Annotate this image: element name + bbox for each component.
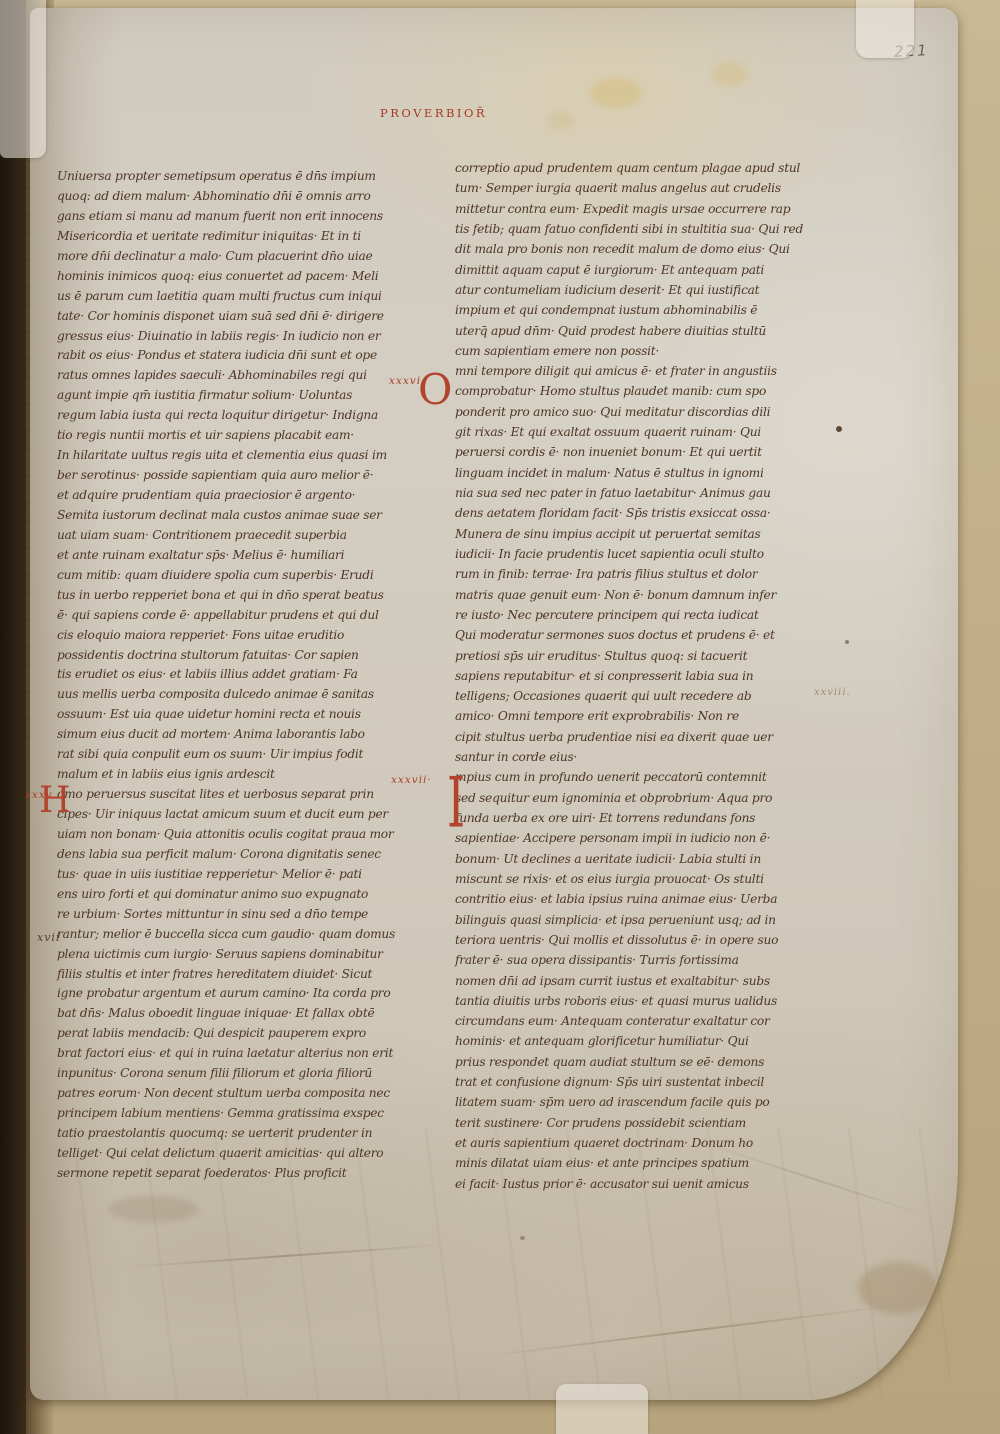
manuscript-line: nia sua sed nec pater in fatuo laetabitu… xyxy=(455,486,797,506)
manuscript-line: re urbium· Sortes mittuntur in sinu sed … xyxy=(57,907,399,927)
manuscript-line: terit sustinere· Cor prudens possidebit … xyxy=(455,1116,797,1136)
manuscript-line: bilinguis quasi simplicia· et ipsa perue… xyxy=(455,913,797,933)
manuscript-line: uterq̄ apud dn̄m· Quid prodest habere di… xyxy=(455,324,797,344)
manuscript-line: ossuum· Est uia quae uidetur homini rect… xyxy=(57,707,399,727)
manuscript-line: principem labium mentiens· Gemma gratiss… xyxy=(57,1106,399,1126)
manuscript-line: perat labiis mendacib: Qui despicit paup… xyxy=(57,1026,399,1046)
manuscript-line: rum in finib: terrae· Ira patris filius … xyxy=(455,567,797,587)
chapter-numeral-xvii: xvii xyxy=(37,931,60,944)
manuscript-line: trat et confusione dignum· Sp̄s uiri sus… xyxy=(455,1075,797,1095)
manuscript-line: et adquire prudentiam quia praeciosior ē… xyxy=(57,488,399,508)
manuscript-line: tis erudiet os eius· et labiis illius ad… xyxy=(57,667,399,687)
manuscript-line: dimittit aquam caput ē iurgiorum· Et ant… xyxy=(455,263,797,283)
manuscript-line: matris quae genuit eum· Non ē· bonum dam… xyxy=(455,588,797,608)
manuscript-line: litatem suam· sp̄m uero ad irascendum fa… xyxy=(455,1095,797,1115)
drop-cap-o: O xyxy=(418,369,452,411)
manuscript-line: Qui moderatur sermones suos doctus et pr… xyxy=(455,628,797,648)
manuscript-line: sapientiae· Accipere personam impii in i… xyxy=(455,831,797,851)
manuscript-line: prius respondet quam audiat stultum se e… xyxy=(455,1055,797,1075)
manuscript-line: cum sapientiam emere non possit· xyxy=(455,344,797,364)
manuscript-line: cum mitib: quam diuidere spolia cum supe… xyxy=(57,568,399,588)
manuscript-line: In hilaritate uultus regis uita et cleme… xyxy=(57,448,399,468)
manuscript-line: comprobatur· Homo stultus plaudet manib:… xyxy=(455,384,797,404)
manuscript-line: mpius cum in profundo uenerit peccatorū … xyxy=(455,770,797,790)
manuscript-line: iudicii· In facie prudentis lucet sapien… xyxy=(455,547,797,567)
manuscript-line: ē· qui sapiens corde ē· appellabitur pru… xyxy=(57,608,399,628)
drop-cap-h: H xyxy=(39,783,70,819)
manuscript-line: mni tempore diligit qui amicus ē· et fra… xyxy=(455,364,797,384)
manuscript-line: git rixas· Et qui exaltat ossuum quaerit… xyxy=(455,425,797,445)
manuscript-line: frater ē· sua opera dissipantis· Turris … xyxy=(455,953,797,973)
manuscript-line: bat dn̄s· Malus oboedit linguae iniquae·… xyxy=(57,1006,399,1026)
manuscript-line: more dn̄i declinatur a malo· Cum placuer… xyxy=(57,249,399,269)
manuscript-line: tus· quae in uiis iustitiae repperietur·… xyxy=(57,867,399,887)
manuscript-line: rat sibi quia conpulit eum os suum· Uir … xyxy=(57,747,399,767)
chapter-numeral-xxxvii: xxxvii· xyxy=(391,774,432,786)
manuscript-line: contritio eius· et labia ipsius ruina an… xyxy=(455,892,797,912)
running-header: PROVERBIOR̄ xyxy=(380,106,487,120)
manuscript-line: uiam non bonam· Quia attonitis oculis co… xyxy=(57,827,399,847)
manuscript-line: ponderit pro amico suo· Qui meditatur di… xyxy=(455,405,797,425)
manuscript-line: rantur; melior ē buccella sicca cum gaud… xyxy=(57,927,399,947)
manuscript-line: sed sequitur eum ignominia et obprobrium… xyxy=(455,791,797,811)
manuscript-line: rabit os eius· Pondus et statera iudicia… xyxy=(57,348,399,368)
text-column-right: correptio apud prudentem quam centum pla… xyxy=(455,161,797,1197)
manuscript-line: patres eorum· Non decent stultum uerba c… xyxy=(57,1086,399,1106)
drop-cap-i: I xyxy=(447,768,465,837)
manuscript-line: teriora uentris· Qui mollis et dissolutu… xyxy=(455,933,797,953)
manuscript-line: tio regis nuntii mortis et uir sapiens p… xyxy=(57,428,399,448)
manuscript-line: telliget· Qui celat delictum quaerit ami… xyxy=(57,1146,399,1166)
manuscript-line: Uniuersa propter semetipsum operatus ē d… xyxy=(57,169,399,189)
manuscript-line: impium et qui condempnat iustum abhomina… xyxy=(455,303,797,323)
manuscript-line: Munera de sinu impius accipit ut peruert… xyxy=(455,527,797,547)
manuscript-line: miscunt se rixis· et os eius iurgia prou… xyxy=(455,872,797,892)
manuscript-line: peruersi cordis ē· non inueniet bonum· E… xyxy=(455,445,797,465)
manuscript-line: et ante ruinam exaltatur sp̄s· Melius ē·… xyxy=(57,548,399,568)
marginal-note: xxviii. xyxy=(814,687,851,698)
manuscript-line: linguam incidet in malum· Natus ē stultu… xyxy=(455,466,797,486)
manuscript-line: mittetur contra eum· Expedit magis ursae… xyxy=(455,202,797,222)
manuscript-line: plena uictimis cum iurgio· Seruus sapien… xyxy=(57,947,399,967)
manuscript-line: uat uiam suam· Contritionem praecedit su… xyxy=(57,528,399,548)
manuscript-line: correptio apud prudentem quam centum pla… xyxy=(455,161,797,181)
manuscript-line: atur contumeliam iudicium deserit· Et qu… xyxy=(455,283,797,303)
manuscript-line: cipit stultus uerba prudentiae nisi ea d… xyxy=(455,730,797,750)
manuscript-line: agunt impie qm̄ iustitia firmatur solium… xyxy=(57,388,399,408)
manuscript-line: tatio praestolantis quocumq: se uerterit… xyxy=(57,1126,399,1146)
manuscript-line: tantia diuitis urbs roboris eius· et qua… xyxy=(455,994,797,1014)
manuscript-line: us ē parum cum laetitia quam multi fruct… xyxy=(57,289,399,309)
manuscript-line: funda uerba ex ore uiri· Et torrens redu… xyxy=(455,811,797,831)
text-column-left: Uniuersa propter semetipsum operatus ē d… xyxy=(57,169,399,1186)
manuscript-line: santur in corde eius· xyxy=(455,750,797,770)
manuscript-line: quoq: ad diem malum· Abhominatio dn̄i ē … xyxy=(57,189,399,209)
manuscript-line: pretiosi sp̄s uir eruditus· Stultus quoq… xyxy=(455,649,797,669)
manuscript-line: inpunitus· Corona senum filii filiorum e… xyxy=(57,1066,399,1086)
manuscript-line: cis eloquio maiora repperiet· Fons uitae… xyxy=(57,628,399,648)
manuscript-line: et auris sapientium quaeret doctrinam· D… xyxy=(455,1136,797,1156)
manuscript-line: ens uiro forti et qui dominatur animo su… xyxy=(57,887,399,907)
manuscript-line: igne probatur argentum et aurum camino· … xyxy=(57,986,399,1006)
manuscript-line: gressus eius· Diuinatio in labiis regis·… xyxy=(57,329,399,349)
manuscript-line: re iusto· Nec percutere principem qui re… xyxy=(455,608,797,628)
manuscript-line: circumdans eum· Antequam conteratur exal… xyxy=(455,1014,797,1034)
manuscript-line: hominis· et antequam glorificetur humili… xyxy=(455,1034,797,1054)
manuscript-line: Semita iustorum declinat mala custos ani… xyxy=(57,508,399,528)
manuscript-line: cipes· Uir iniquus lactat amicum suum et… xyxy=(57,807,399,827)
book-gutter-edge xyxy=(0,0,26,1434)
manuscript-line: dit mala pro bonis non recedit malum de … xyxy=(455,242,797,262)
folio-number: 221 xyxy=(894,41,930,61)
manuscript-line: hominis inimicos quoq: eius conuertet ad… xyxy=(57,269,399,289)
manuscript-line: regum labia iusta qui recta loquitur dir… xyxy=(57,408,399,428)
manuscript-line: dens aetatem floridam facit· Sp̄s tristi… xyxy=(455,506,797,526)
manuscript-line: Misericordia et ueritate redimitur iniqu… xyxy=(57,229,399,249)
manuscript-line: uus mellis uerba composita dulcedo anima… xyxy=(57,687,399,707)
manuscript-line: tus in uerbo repperiet bona et qui in dn… xyxy=(57,588,399,608)
manuscript-line: telligens; Occasiones quaerit qui uult r… xyxy=(455,689,797,709)
manuscript-line: ber serotinus· posside sapientiam quia a… xyxy=(57,468,399,488)
manuscript-line: bonum· Ut declines a ueritate iudicii· L… xyxy=(455,852,797,872)
manuscript-line: sapiens reputabitur· et si conpresserit … xyxy=(455,669,797,689)
manuscript-line: omo peruersus suscitat lites et uerbosus… xyxy=(57,787,399,807)
manuscript-line: tis fetib; quam fatuo confidenti sibi in… xyxy=(455,222,797,242)
manuscript-line: malum et in labiis eius ignis ardescit xyxy=(57,767,399,787)
manuscript-line: minis dilatat uiam eius· et ante princip… xyxy=(455,1156,797,1176)
manuscript-line: possidentis doctrina stultorum fatuitas·… xyxy=(57,648,399,668)
manuscript-line: ei facit· Iustus prior ē· accusator sui … xyxy=(455,1177,797,1197)
manuscript-line: simum eius ducit ad mortem· Anima labora… xyxy=(57,727,399,747)
manuscript-line: ratus omnes lapides saeculi· Abhominabil… xyxy=(57,368,399,388)
manuscript-line: dens labia sua perficit malum· Corona di… xyxy=(57,847,399,867)
chapter-numeral-xxxvi: xxxvi xyxy=(389,375,421,387)
manuscript-line: tum· Semper iurgia quaerit malus angelus… xyxy=(455,181,797,201)
manuscript-line: tate· Cor hominis disponet uiam suā sed … xyxy=(57,309,399,329)
manuscript-line: filiis stultis et inter fratres heredita… xyxy=(57,967,399,987)
manuscript-line: amico· Omni tempore erit exprobrabilis· … xyxy=(455,709,797,729)
manuscript-line: brat factori eius· et qui in ruina laeta… xyxy=(57,1046,399,1066)
manuscript-scan: PROVERBIOR̄ 221 Uniuersa propter semetip… xyxy=(0,0,1000,1434)
manuscript-line: gans etiam si manu ad manum fuerit non e… xyxy=(57,209,399,229)
manuscript-line: sermone repetit separat foederatos· Plus… xyxy=(57,1166,399,1186)
manuscript-line: nomen dn̄i ad ipsam currit iustus et exa… xyxy=(455,974,797,994)
